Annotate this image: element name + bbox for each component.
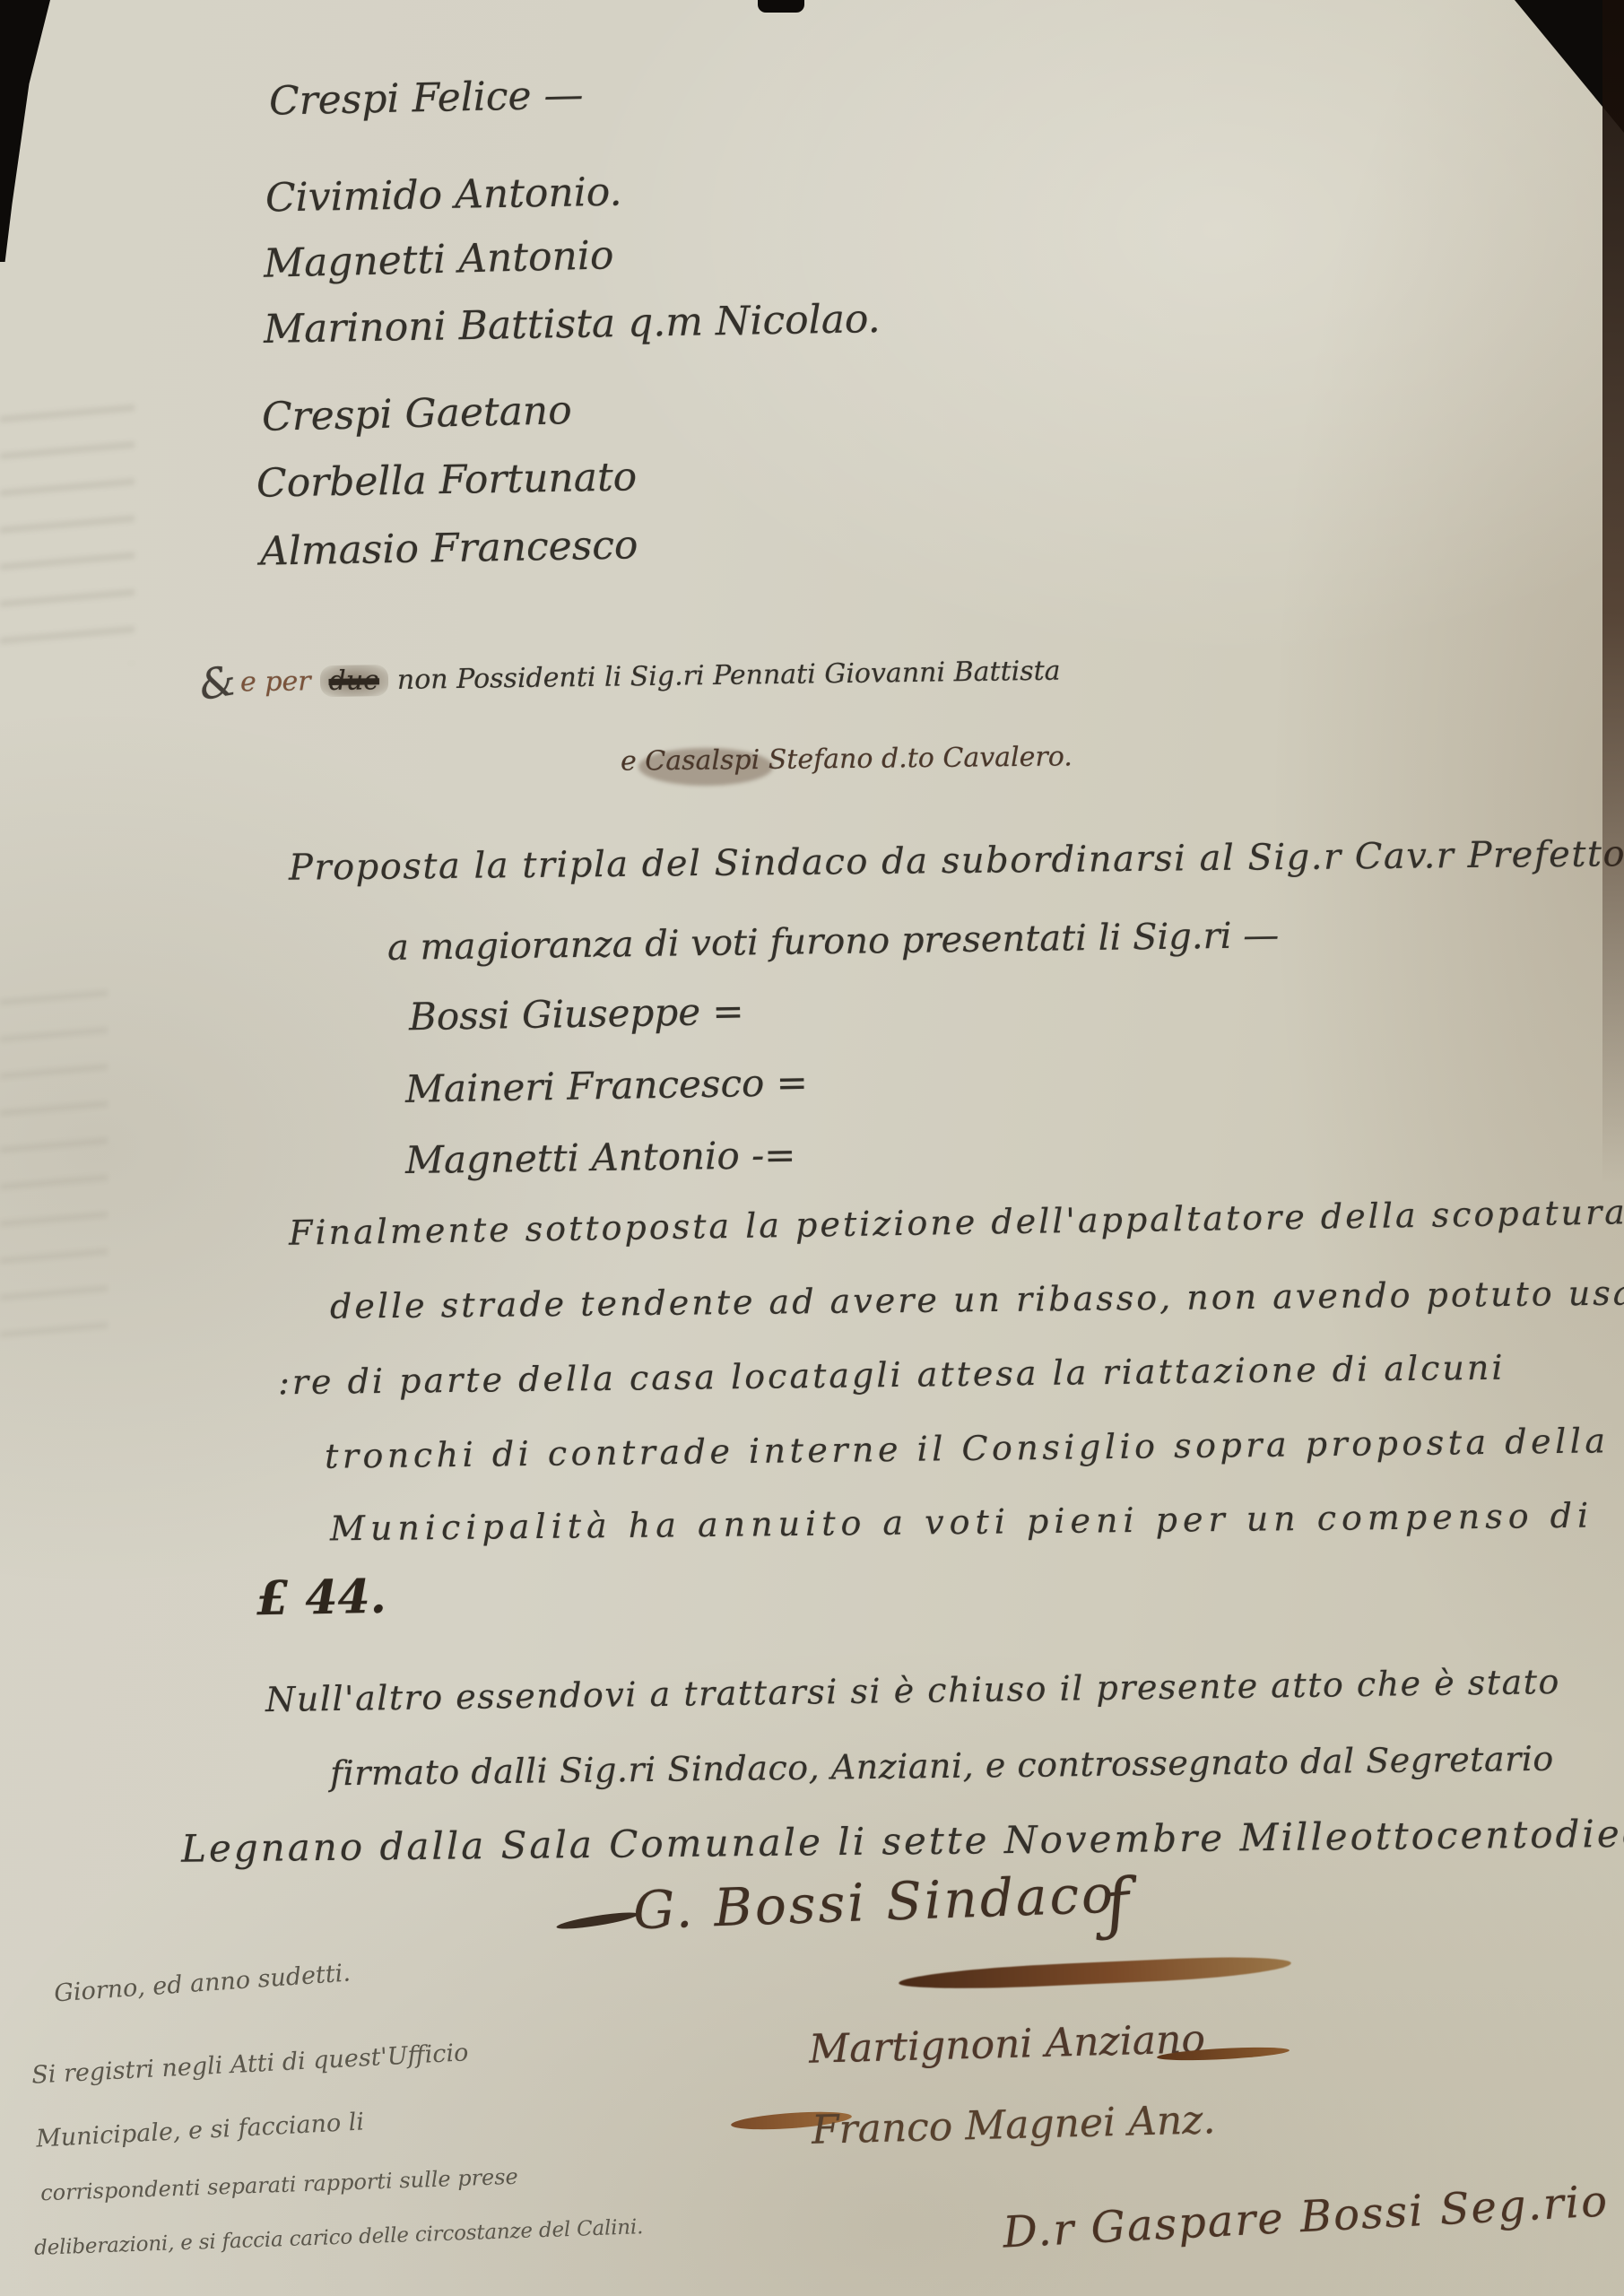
struck-word: due — [319, 665, 388, 697]
signature-anziano-2: Franco Magnei Anz. — [812, 2100, 1216, 2151]
petition-line: Municipalità ha annuito a voti pieni per… — [330, 1499, 1594, 1546]
margin-note-line: Municipale, e si facciano li — [36, 2109, 365, 2151]
margin-note-line: Giorno, ed anno sudetti. — [53, 1961, 351, 2005]
signature-paraph: ƒ — [1101, 1870, 1133, 1938]
petition-line: :re di parte della casa locatagli attesa… — [278, 1351, 1506, 1400]
signature-flourish — [556, 1909, 639, 1932]
margin-note-line: Si registri negli Atti di quest'Ufficio — [31, 2040, 469, 2087]
signature-anziano-1: Martignoni Anziano — [808, 2020, 1205, 2070]
signature-sindaco: G. Bossi Sindaco — [632, 1868, 1116, 1937]
photo-edge-top-notch — [758, 0, 804, 13]
non-residents-line: e perduenon Possidenti li Sig.ri Pennati… — [240, 658, 1061, 697]
petition-line: Finalmente sottoposta la petizione dell'… — [289, 1195, 1624, 1249]
margin-note-line: deliberazioni, e si faccia carico delle … — [34, 2217, 644, 2259]
margin-note-line: corrispondenti separati rapporti sulle p… — [40, 2166, 518, 2205]
proposal-line: a magioranza di voti furono presentati l… — [387, 918, 1280, 966]
ink-bleed-through — [0, 969, 108, 1354]
manuscript-page: Crespi Felice — Civimido Antonio. Magnet… — [0, 0, 1624, 2296]
attendee-line: Magnetti Antonio — [264, 236, 614, 284]
attendee-line: Corbella Fortunato — [256, 457, 638, 503]
petition-line: tronchi di contrade interne il Consiglio… — [325, 1423, 1610, 1473]
non-residents-rest: non Possidenti li Sig.ri Pennati Giovann… — [397, 656, 1061, 696]
closing-line: firmato dalli Sig.ri Sindaco, Anziani, e… — [330, 1742, 1554, 1791]
closing-line: Legnano dalla Sala Comunale li sette Nov… — [181, 1814, 1624, 1867]
attendee-line: Civimido Antonio. — [265, 173, 622, 219]
proposal-line: Proposta la tripla del Sindaco da subord… — [289, 836, 1624, 886]
candidate-line: Magnetti Antonio -= — [405, 1136, 796, 1179]
non-residents-prefix: e per — [240, 665, 311, 698]
candidate-line: Maineri Francesco = — [405, 1064, 809, 1109]
non-residents-line2: e Casalspi Stefano d.to Cavalero. — [621, 744, 1073, 775]
margin-paraph-mark: & — [195, 659, 239, 706]
attendee-line: Almasio Francesco — [260, 526, 638, 571]
attendee-line: Marinoni Battista q.m Nicolao. — [264, 300, 881, 350]
petition-line: delle strade tendente ad avere un ribass… — [330, 1275, 1624, 1323]
compensation-amount: £ 44. — [256, 1574, 387, 1623]
candidate-line: Bossi Giuseppe = — [409, 993, 744, 1037]
photo-edge-right — [1602, 0, 1624, 1184]
attendee-line: Crespi Gaetano — [262, 391, 573, 438]
ink-bleed-through — [0, 386, 135, 664]
signature-segretario: D.r Gaspare Bossi Seg.rio — [1002, 2179, 1610, 2254]
attendee-line: Crespi Felice — — [269, 75, 584, 121]
closing-line: Null'altro essendovi a trattarsi si è ch… — [265, 1665, 1560, 1717]
signature-underline-smear — [899, 1953, 1292, 1992]
